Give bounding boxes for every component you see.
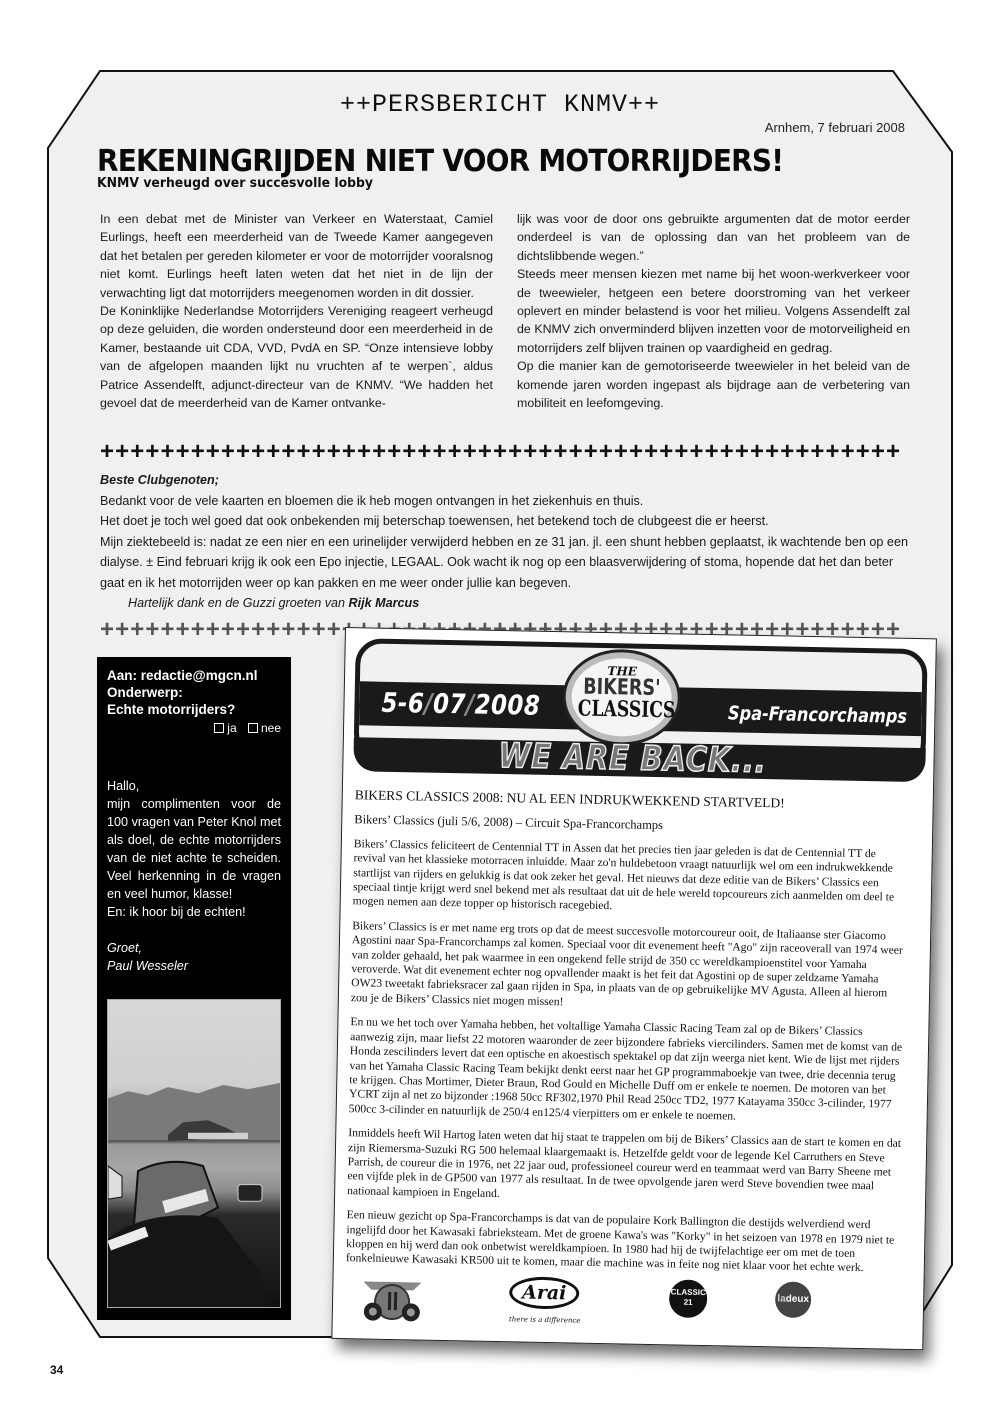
option-no: nee (261, 721, 281, 735)
mail-body: Hallo, mijn complimenten voor de 100 vra… (107, 777, 281, 921)
flyer-subtitle: Bikers’ Classics (juli 5/6, 2008) – Circ… (354, 813, 909, 838)
mail-closing: Groet, (107, 939, 281, 957)
paragraph: Op die manier kan de gemotoriseerde twee… (517, 357, 910, 412)
arai-wordmark: Arai (509, 1276, 580, 1309)
ladeux-la: la (777, 1293, 786, 1304)
signature-name: Rijk Marcus (349, 596, 420, 610)
flyer-article: BIKERS CLASSICS 2008: NU AL EEN INDRUKWE… (346, 788, 910, 1286)
flyer-paragraph: Een nieuw gezicht op Spa-Francorchamps i… (346, 1208, 902, 1276)
paragraph: lijk was voor de door ons gebruikte argu… (517, 210, 910, 265)
article-column-left: In een debat met de Minister van Verkeer… (100, 210, 493, 412)
lake-motorcycle-photo (107, 999, 281, 1308)
option-yes: ja (227, 721, 236, 735)
event-date: 5-6/07/2008 (381, 688, 540, 722)
logo-classics: CLASSICS (578, 697, 666, 721)
flyer-paragraph: Bikers’ Classics is er met name erg trot… (351, 919, 908, 1016)
article-column-right: lijk was voor de door ons gebruikte argu… (517, 210, 910, 412)
dateline: Arnhem, 7 februari 2008 (765, 120, 905, 135)
event-location: Spa-Francorchamps (728, 702, 907, 727)
mail-subject-label: Onderwerp: (107, 684, 281, 701)
page-number: 34 (50, 1363, 63, 1377)
mail-author: Paul Wesseler (107, 957, 281, 975)
letter-line: Het doet je toch wel goed dat ook onbeke… (100, 511, 920, 532)
winged-club-logo-icon (361, 1273, 424, 1324)
flyer-sheet: 5-6/07/2008 Spa-Francorchamps THE BIKERS… (331, 627, 937, 1350)
checkbox-no-icon (248, 723, 258, 733)
classic21-text: CLASSIC (669, 1287, 707, 1298)
mail-subject: Echte motorrijders? (107, 701, 281, 718)
ladeux-logo: ladeux (775, 1281, 812, 1318)
flyer-paragraph: Bikers’ Classics feliciteert de Centenni… (353, 837, 909, 920)
letter-line: Mijn ziektebeeld is: nadat ze een nier e… (100, 532, 920, 594)
slogan: WE ARE BACK... (498, 736, 767, 781)
subheadline: KNMV verheugd over succesvolle lobby (97, 175, 373, 191)
date-days: 5-6 (381, 688, 424, 720)
paragraph: In een debat met de Minister van Verkeer… (100, 210, 493, 302)
flyer-paragraph: Inmiddels heeft Wil Hartog laten weten d… (347, 1126, 903, 1209)
checkbox-yes-icon (214, 723, 224, 733)
plus-separator: ++++++++++++++++++++++++++++++++++++++++… (100, 442, 900, 462)
date-month: 07 (433, 689, 466, 721)
paragraph: Steeds meer mensen kiezen met name bij h… (517, 265, 910, 357)
sponsor-logos: Arai there is a difference CLASSIC 21 la… (350, 1273, 906, 1344)
club-letter: Beste Clubgenoten; Bedankt voor de vele … (100, 470, 920, 614)
classic21-logo: CLASSIC 21 (669, 1279, 708, 1318)
letter-greeting: Beste Clubgenoten; (100, 470, 920, 491)
letter-signature: Hartelijk dank en de Guzzi groeten van R… (100, 593, 920, 614)
press-release-kicker: ++PERSBERICHT KNMV++ (0, 90, 1000, 119)
ladeux-deux: deux (786, 1294, 810, 1305)
photo-frame (97, 990, 291, 1320)
arai-logo: Arai there is a difference (509, 1276, 582, 1329)
date-year: 2008 (474, 690, 540, 722)
letter-line: Bedankt voor de vele kaarten en bloemen … (100, 491, 920, 512)
flyer-banner: 5-6/07/2008 Spa-Francorchamps THE BIKERS… (353, 638, 928, 794)
headline: REKENINGRIJDEN NIET VOOR MOTORRIJDERS! (97, 144, 783, 179)
classic21-number: 21 (669, 1297, 707, 1308)
signature-prefix: Hartelijk dank en de Guzzi groeten van (128, 596, 349, 610)
flyer-paragraph: En nu we het toch over Yamaha hebben, he… (349, 1015, 906, 1126)
photo-illustration (108, 1000, 280, 1307)
bikers-classics-flyer: 5-6/07/2008 Spa-Francorchamps THE BIKERS… (331, 627, 945, 1358)
paragraph: De Koninklijke Nederlandse Motorrijders … (100, 302, 493, 412)
reader-mail-box: Aan: redactie@mgcn.nl Onderwerp: Echte m… (97, 657, 291, 990)
mail-to: Aan: redactie@mgcn.nl (107, 667, 281, 684)
arai-tagline: there is a difference (509, 1315, 581, 1324)
slogan-bar: WE ARE BACK... (353, 733, 926, 792)
yes-no-choices: ja nee (107, 719, 281, 737)
